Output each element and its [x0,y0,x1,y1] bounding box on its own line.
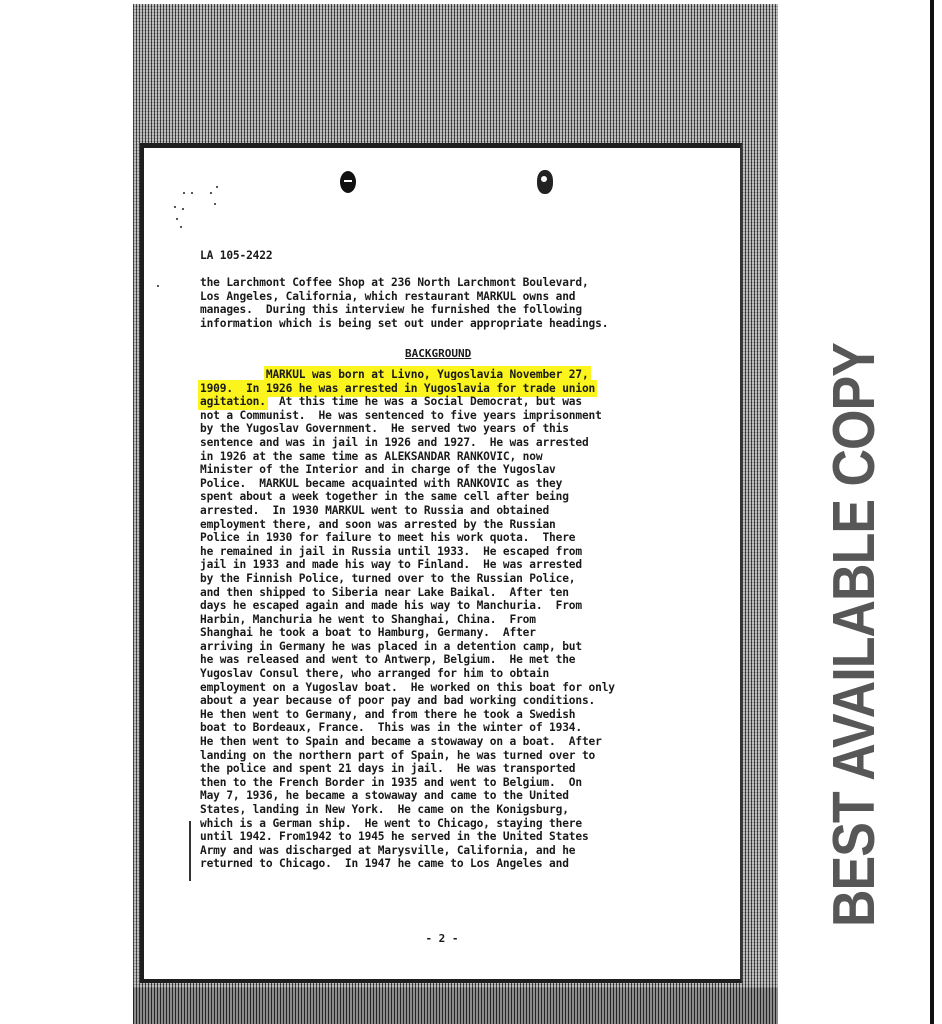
body-line: spent about a week together in the same … [200,490,569,503]
body-line: sentence and was in jail in 1926 and 192… [200,436,589,449]
highlighted-text: MARKUL was born at Livno, Yugoslavia Nov… [266,368,589,381]
body-line: landing on the northern part of Spain, h… [200,749,595,762]
section-heading: BACKGROUND [405,347,471,360]
background-paragraph: MARKUL was born at Livno, Yugoslavia Nov… [200,368,615,871]
body-line: Shanghai he took a boat to Hamburg, Germ… [200,626,536,639]
scan-speck [183,192,185,194]
body-line: He then went to Spain and became a stowa… [200,735,602,748]
body-line: he remained in jail in Russia until 1933… [200,545,582,558]
body-line: Minister of the Interior and in charge o… [200,463,556,476]
intro-line: Los Angeles, California, which restauran… [200,290,575,303]
body-line: the police and spent 21 days in jail. He… [200,762,575,775]
body-line: not a Communist. He was sentenced to fiv… [200,409,602,422]
punch-hole-icon [537,170,553,194]
highlighted-text: agitation. [200,395,266,408]
scan-speck [191,192,193,194]
body-line: returned to Chicago. In 1947 he came to … [200,857,569,870]
document-page: LA 105-2422 the Larchmont Coffee Shop at… [140,143,742,983]
scan-speck [180,226,182,228]
body-line: he was released and went to Antwerp, Bel… [200,653,575,666]
intro-line: information which is being set out under… [200,317,608,330]
body-line: Police. MARKUL became acquainted with RA… [200,477,562,490]
body-line: jail in 1933 and made his way to Finland… [200,558,582,571]
intro-line: manages. During this interview he furnis… [200,303,582,316]
body-line: employment there, and soon was arrested … [200,518,556,531]
scan-speck [157,285,159,287]
intro-paragraph: the Larchmont Coffee Shop at 236 North L… [200,276,608,330]
body-line: At this time he was a Social Democrat, b… [266,395,582,408]
scan-speck [174,206,176,208]
highlighted-text: 1909. In 1926 he was arrested in Yugosla… [200,382,595,395]
body-line: Harbin, Manchuria he went to Shanghai, C… [200,613,536,626]
margin-mark [189,821,191,881]
intro-line: the Larchmont Coffee Shop at 236 North L… [200,276,589,289]
body-line: about a year because of poor pay and bad… [200,694,595,707]
body-line: then to the French Border in 1935 and we… [200,776,582,789]
body-line: States, landing in New York. He came on … [200,803,569,816]
body-line: arrested. In 1930 MARKUL went to Russia … [200,504,549,517]
body-line: by the Yugoslav Government. He served tw… [200,422,569,435]
scan-speck [176,218,178,220]
body-line: which is a German ship. He went to Chica… [200,817,582,830]
body-line: and then shipped to Siberia near Lake Ba… [200,586,569,599]
scan-speck [214,203,216,205]
body-line: Yugoslav Consul there, who arranged for … [200,667,549,680]
scan-speck [210,192,212,194]
scan-edge-line [930,0,934,1024]
scan-speck [216,186,218,188]
body-line: by the Finnish Police, turned over to th… [200,572,575,585]
body-line: Police in 1930 for failure to meet his w… [200,531,575,544]
body-line: arriving in Germany he was placed in a d… [200,640,582,653]
body-line: He then went to Germany, and from there … [200,708,575,721]
body-line: Army and was discharged at Marysville, C… [200,844,575,857]
body-line: May 7, 1936, he became a stowaway and ca… [200,789,569,802]
scan-speck [182,208,184,210]
page-number: - 2 - [144,932,740,945]
body-line: boat to Bordeaux, France. This was in th… [200,721,582,734]
best-available-copy-stamp: BEST AVAILABLE COPY [820,343,889,927]
scan-bottom-band [133,988,778,1024]
body-line: days he escaped again and made his way t… [200,599,582,612]
body-line: in 1926 at the same time as ALEKSANDAR R… [200,450,542,463]
punch-hole-icon [340,171,356,193]
body-line: until 1942. From1942 to 1945 he served i… [200,830,589,843]
file-number: LA 105-2422 [200,249,272,263]
body-line: employment on a Yugoslav boat. He worked… [200,681,615,694]
